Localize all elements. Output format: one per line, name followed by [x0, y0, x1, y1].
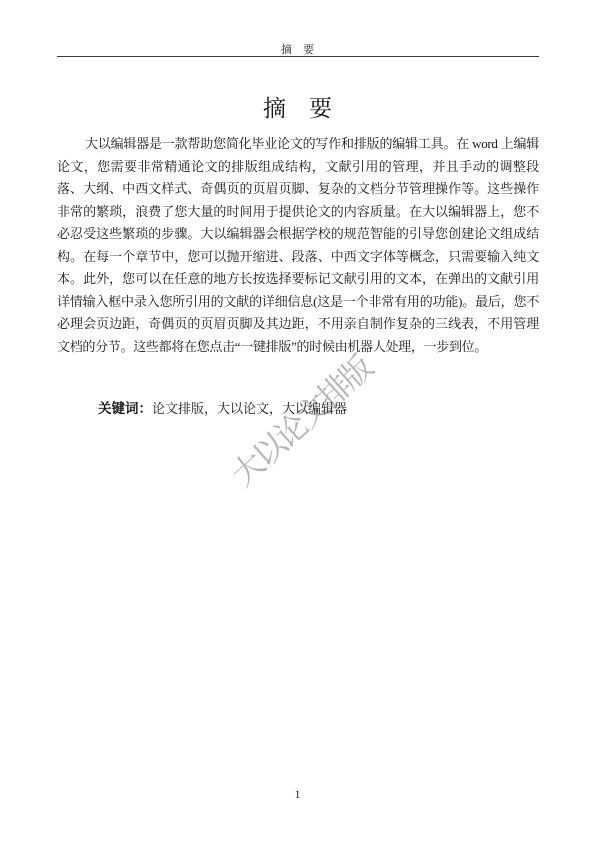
keywords-line: 关键词：论文排版，大以论文，大以编辑器	[57, 397, 539, 420]
document-page: 摘 要 大以论文排版 摘 要 大以编辑器是一款帮助您简化毕业论文的写作和排版的编…	[0, 0, 595, 842]
keywords-label: 关键词：	[98, 401, 152, 416]
running-header-text: 摘 要	[281, 44, 314, 56]
abstract-paragraph: 大以编辑器是一款帮助您简化毕业论文的写作和排版的编辑工具。在 word 上编辑论…	[57, 133, 539, 358]
watermark-text: 大以论文排版	[220, 345, 380, 496]
running-header: 摘 要	[0, 41, 595, 57]
keywords-value: 论文排版，大以论文，大以编辑器	[152, 401, 347, 416]
page-number: 1	[0, 787, 595, 802]
header-rule	[57, 56, 539, 57]
page-title: 摘 要	[0, 94, 595, 124]
